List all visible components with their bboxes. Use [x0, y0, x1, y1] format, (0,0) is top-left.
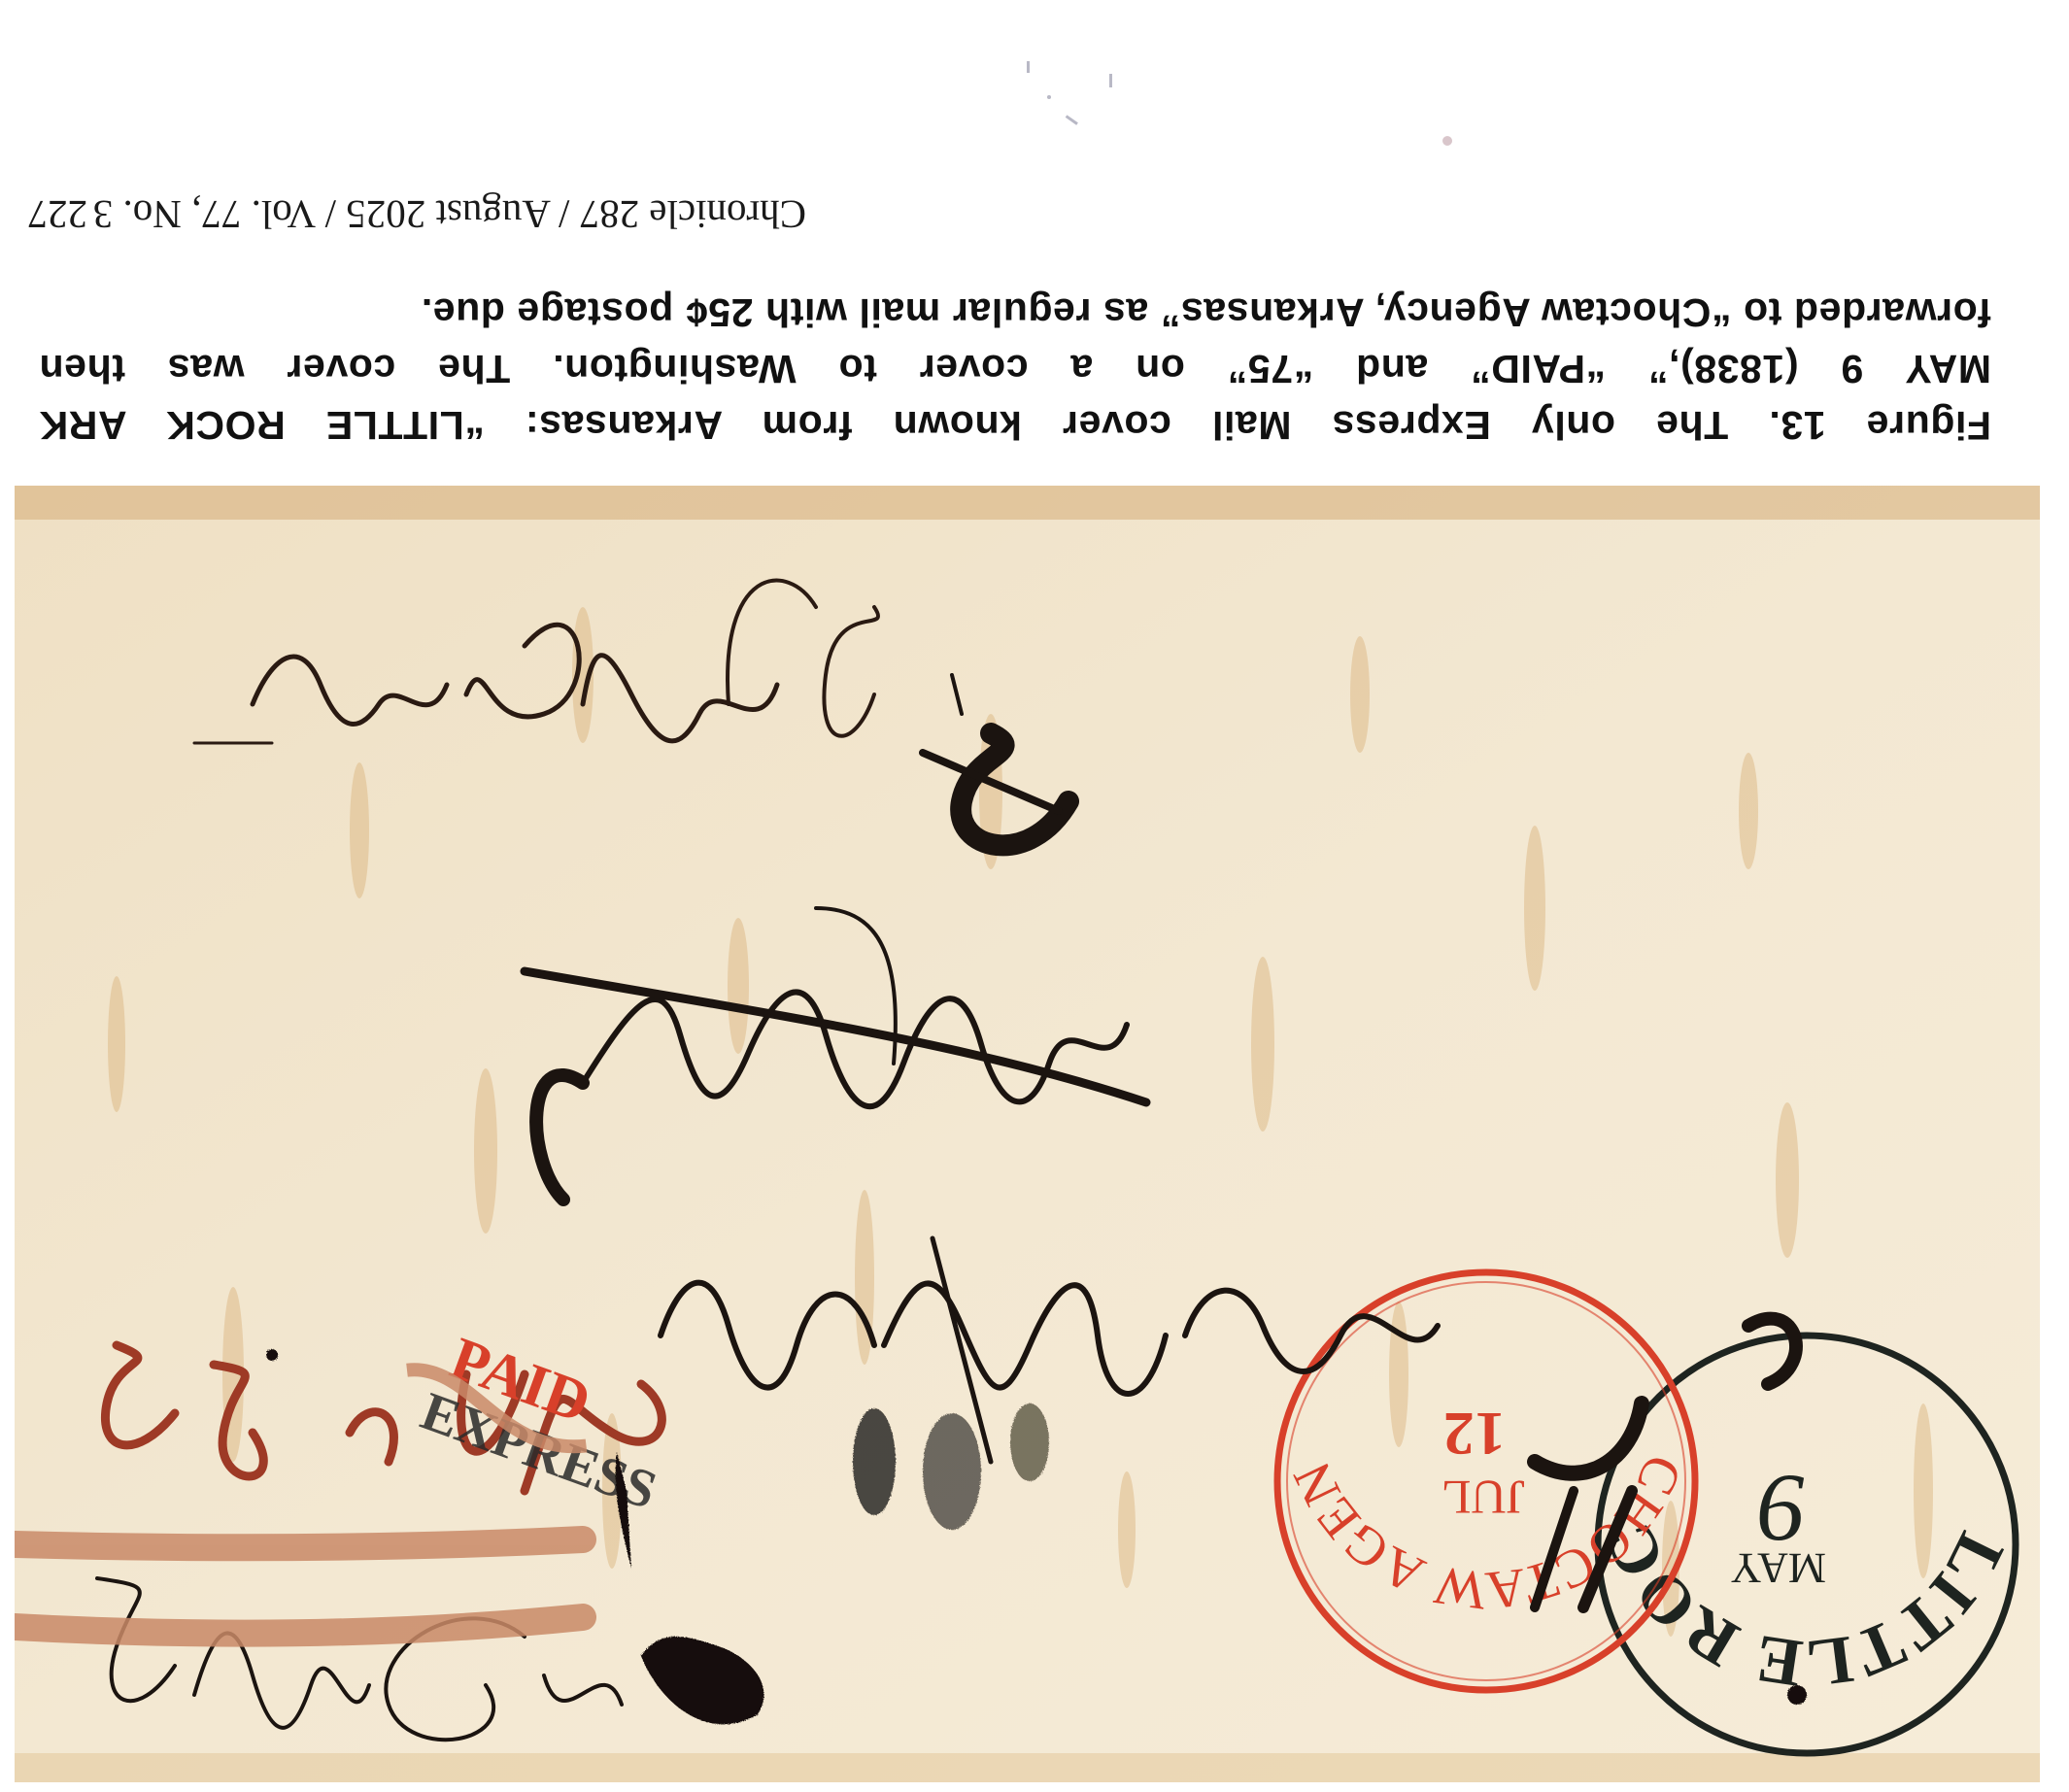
cover-illustration: LITTLE ROCK MAY 9 CHOCTAW AGENCY JUL 12: [15, 486, 2040, 1782]
page-number: 227: [28, 191, 88, 238]
caption-line-1: Figure 13. The only Express Mail cover k…: [39, 397, 1991, 454]
express-mail-cover-image: LITTLE ROCK MAY 9 CHOCTAW AGENCY JUL 12: [15, 486, 2040, 1782]
top-edge-stain: [15, 486, 2040, 520]
red-postmark-day: 12: [1443, 1400, 1506, 1469]
running-footer: Chronicle 287 / August 2025 / Vol. 77, N…: [0, 180, 2069, 238]
red-postmark-month: JUL: [1442, 1471, 1525, 1525]
bottom-edge-stain: [15, 1753, 2040, 1782]
scan-specks: [0, 0, 2069, 180]
caption-line-2: MAY 9 (1838),” “PAID” and “75” on a cove…: [39, 341, 1991, 397]
caption-line-3: forwarded to “Choctaw Agency, Arkansas” …: [39, 285, 1991, 341]
figure-caption: Figure 13. The only Express Mail cover k…: [39, 285, 1991, 454]
postmark-day: 9: [1758, 1455, 1807, 1563]
scanned-page: LITTLE ROCK MAY 9 CHOCTAW AGENCY JUL 12: [0, 0, 2069, 1792]
journal-issue-line: Chronicle 287 / August 2025 / Vol. 77, N…: [93, 191, 806, 238]
